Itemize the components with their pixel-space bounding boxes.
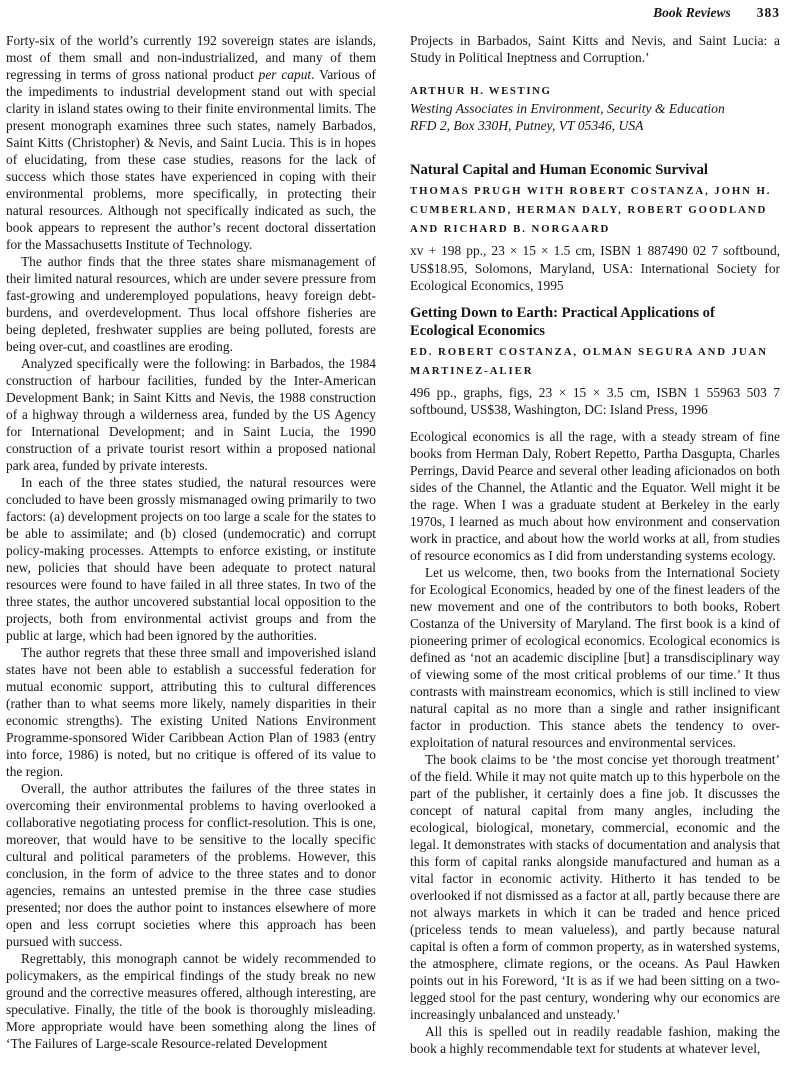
review-paragraph: The book claims to be ‘the most concise … (410, 751, 780, 1023)
running-head: Book Reviews383 (6, 4, 780, 21)
review-paragraph: Analyzed specifically were the following… (6, 355, 376, 474)
book-entry-2: Getting Down to Earth: Practical Applica… (410, 304, 780, 419)
book-title: Natural Capital and Human Economic Survi… (410, 161, 780, 179)
review-paragraph: The author regrets that these three smal… (6, 644, 376, 780)
reviewer-affiliation: Westing Associates in Environment, Secur… (410, 100, 780, 117)
book-title: Getting Down to Earth: Practical Applica… (410, 304, 780, 340)
review-paragraph: Let us welcome, then, two books from the… (410, 564, 780, 751)
book-authors: THOMAS PRUGH WITH ROBERT COSTANZA, JOHN … (410, 182, 780, 239)
page-number: 383 (757, 5, 780, 20)
reviewer-address: RFD 2, Box 330H, Putney, VT 05346, USA (410, 117, 780, 134)
review-paragraph: Overall, the author attributes the failu… (6, 780, 376, 950)
left-column: Forty-six of the world’s currently 192 s… (6, 32, 376, 1057)
review-paragraph: Regrettably, this monograph cannot be wi… (6, 950, 376, 1052)
book-imprint: 496 pp., graphs, figs, 23 × 15 × 3.5 cm,… (410, 384, 780, 419)
running-head-section: Book Reviews (653, 5, 731, 20)
review-body: Ecological economics is all the rage, wi… (410, 428, 780, 1057)
review-paragraph: In each of the three states studied, the… (6, 474, 376, 644)
book-entry-1: Natural Capital and Human Economic Survi… (410, 161, 780, 295)
review-paragraph: All this is spelled out in readily reada… (410, 1023, 780, 1057)
review-paragraph: Ecological economics is all the rage, wi… (410, 428, 780, 564)
italic-phrase: per caput (259, 67, 311, 82)
review-continuation-paragraph: Projects in Barbados, Saint Kitts and Ne… (410, 32, 780, 66)
reviewer-signature-block: ARTHUR H. WESTING Westing Associates in … (410, 83, 780, 134)
review-paragraph: The author finds that the three states s… (6, 253, 376, 355)
two-column-layout: Forty-six of the world’s currently 192 s… (6, 32, 780, 1057)
book-imprint: xv + 198 pp., 23 × 15 × 1.5 cm, ISBN 1 8… (410, 242, 780, 295)
right-column: Projects in Barbados, Saint Kitts and Ne… (410, 32, 780, 1057)
book-authors: ED. ROBERT COSTANZA, OLMAN SEGURA AND JU… (410, 343, 780, 381)
reviewer-name: ARTHUR H. WESTING (410, 83, 780, 100)
paragraph-text: . Various of the impediments to industri… (6, 67, 376, 252)
review-paragraph: Forty-six of the world’s currently 192 s… (6, 32, 376, 253)
book-review-page: Book Reviews383 Forty-six of the world’s… (0, 0, 800, 1076)
